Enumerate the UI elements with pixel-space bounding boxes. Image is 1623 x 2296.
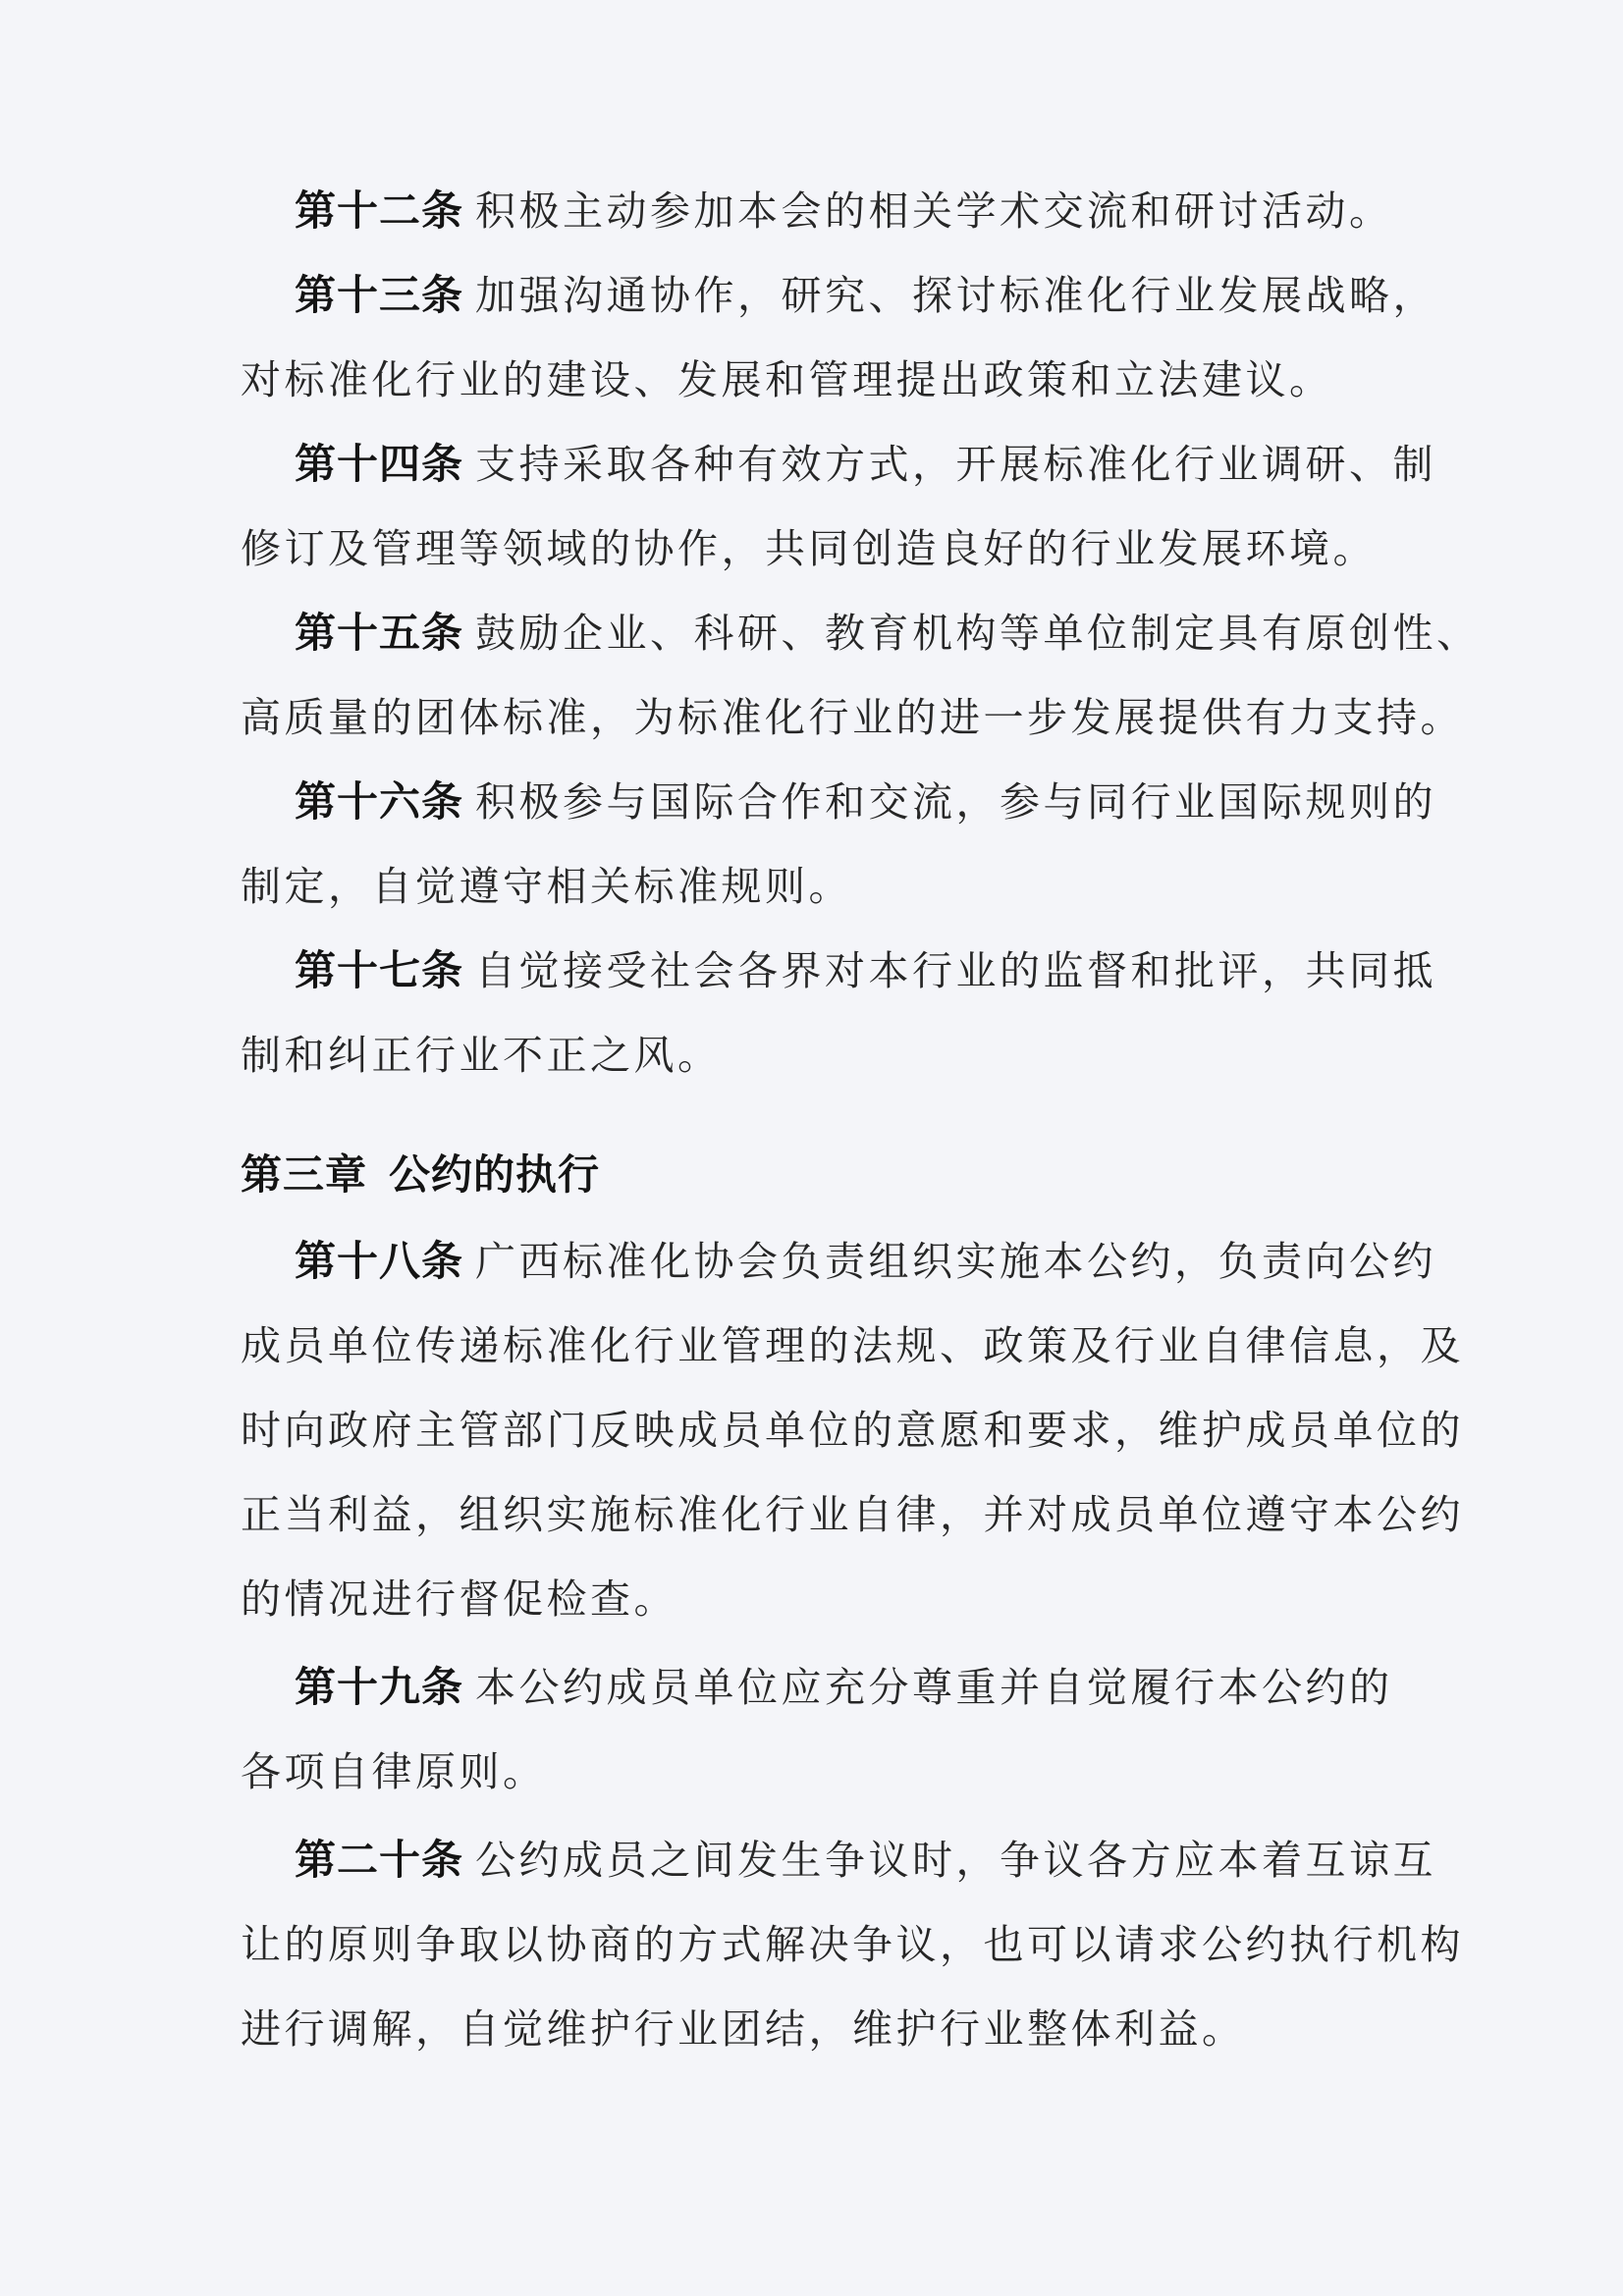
article-label: 第十八条 <box>295 1237 463 1285</box>
article-16-line-1: 第十六条积极参与国际合作和交流，参与同行业国际规则的 <box>295 777 1436 827</box>
article-label: 第十二条 <box>295 187 463 235</box>
article-20-line-1: 第二十条公约成员之间发生争议时，争议各方应本着互谅互 <box>295 1836 1436 1885</box>
article-15-line-2: 高质量的团体标准，为标准化行业的进一步发展提供有力支持。 <box>241 693 1464 742</box>
article-20-line-3: 进行调解，自觉维护行业团结，维护行业整体利益。 <box>241 2004 1246 2054</box>
chapter-number: 第三章 <box>241 1150 367 1199</box>
article-13-line-1: 第十三条加强沟通协作，研究、探讨标准化行业发展战略， <box>295 271 1436 320</box>
article-label: 第十七条 <box>295 946 463 994</box>
article-20-line-2: 让的原则争取以协商的方式解决争议，也可以请求公约执行机构 <box>241 1920 1464 1969</box>
article-18-line-1: 第十八条广西标准化协会负责组织实施本公约，负责向公约 <box>295 1237 1436 1286</box>
article-label: 第十五条 <box>295 609 463 657</box>
article-18-line-2: 成员单位传递标准化行业管理的法规、政策及行业自律信息，及 <box>241 1321 1464 1370</box>
article-17-line-2: 制和纠正行业不正之风。 <box>241 1031 722 1080</box>
article-18-line-5: 的情况进行督促检查。 <box>241 1575 677 1624</box>
article-15-line-1: 第十五条鼓励企业、科研、教育机构等单位制定具有原创性、 <box>295 609 1481 658</box>
article-label: 第二十条 <box>295 1836 463 1884</box>
article-17-line-1: 第十七条自觉接受社会各界对本行业的监督和批评，共同抵 <box>295 946 1436 995</box>
chapter-heading: 第三章公约的执行 <box>241 1150 600 1200</box>
article-18-line-4: 正当利益，组织实施标准化行业自律，并对成员单位遵守本公约 <box>241 1490 1464 1539</box>
article-16-line-2: 制定，自觉遵守相关标准规则。 <box>241 862 852 911</box>
article-14-line-1: 第十四条支持采取各种有效方式，开展标准化行业调研、制 <box>295 440 1436 489</box>
article-label: 第十六条 <box>295 777 463 826</box>
article-12-line-1: 第十二条积极主动参加本会的相关学术交流和研讨活动。 <box>295 187 1393 236</box>
article-18-line-3: 时向政府主管部门反映成员单位的意愿和要求，维护成员单位的 <box>241 1406 1464 1455</box>
document-page: 第十二条积极主动参加本会的相关学术交流和研讨活动。 第十三条加强沟通协作，研究、… <box>0 0 1623 2296</box>
article-label: 第十三条 <box>295 271 463 319</box>
article-14-line-2: 修订及管理等领域的协作，共同创造良好的行业发展环境。 <box>241 524 1377 573</box>
article-13-line-2: 对标准化行业的建设、发展和管理提出政策和立法建议。 <box>241 355 1333 404</box>
article-19-line-2: 各项自律原则。 <box>241 1747 547 1796</box>
chapter-title: 公约的执行 <box>389 1150 600 1199</box>
article-label: 第十四条 <box>295 440 463 488</box>
article-label: 第十九条 <box>295 1663 463 1711</box>
article-19-line-1: 第十九条本公约成员单位应充分尊重并自觉履行本公约的 <box>295 1663 1393 1712</box>
